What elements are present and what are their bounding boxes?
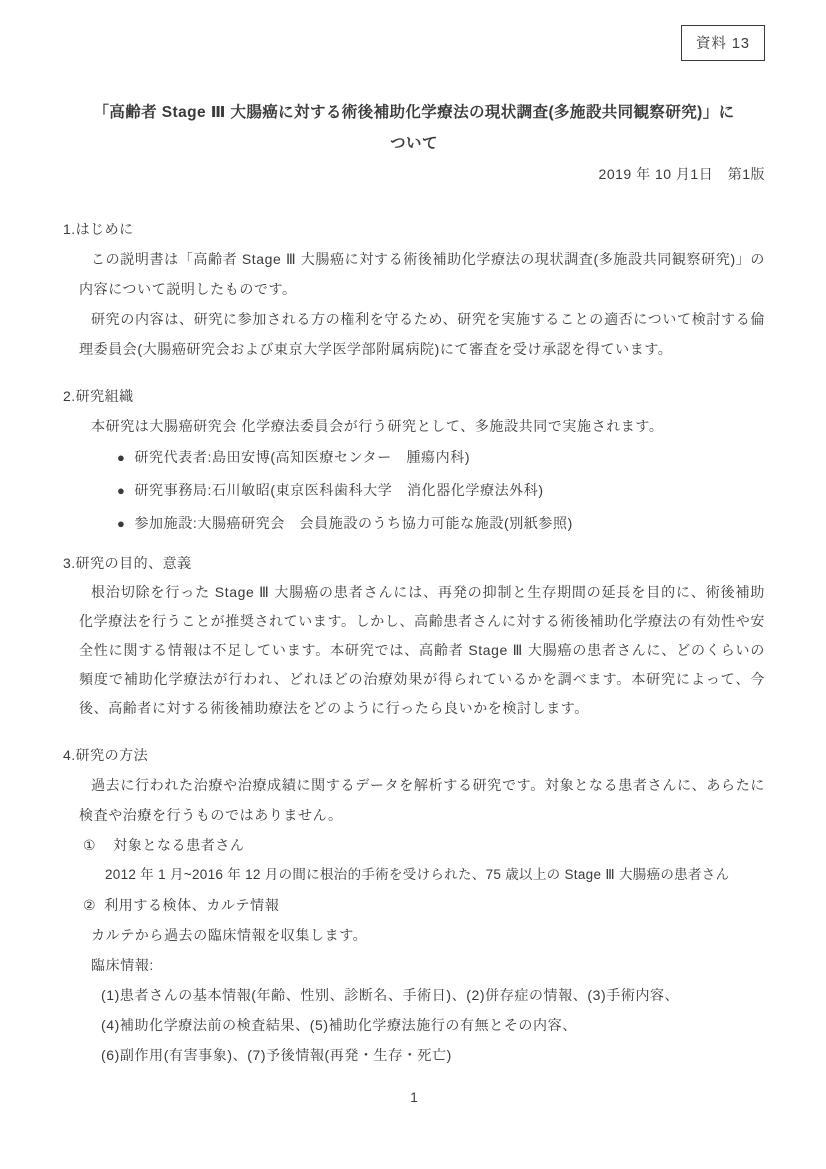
title-line-1: 「高齢者 Stage Ⅲ 大腸癌に対する術後補助化学療法の現状調査(多施設共同観…: [63, 97, 765, 128]
numbered-item-title: 利用する検体、カルテ情報: [104, 897, 279, 913]
doc-label: 資料 13: [696, 36, 750, 52]
list-item-sites: ●参加施設:大腸癌研究会 会員施設のうち協力可能な施設(別紙参照): [63, 507, 765, 540]
clinical-info-line-3: (6)副作用(有害事象)、(7)予後情報(再発・生存・死亡): [63, 1040, 765, 1070]
circled-number-1-marker: ①: [83, 837, 96, 853]
clinical-info-line-2: (4)補助化学療法前の検査結果、(5)補助化学療法施行の有無とその内容、: [63, 1010, 765, 1040]
section-2-intro: 本研究は大腸癌研究会 化学療法委員会が行う研究として、多施設共同で実施されます。: [63, 411, 765, 441]
section-organization: 2.研究組織 本研究は大腸癌研究会 化学療法委員会が行う研究として、多施設共同で…: [63, 381, 765, 540]
clinical-info-line-1: (1)患者さんの基本情報(年齢、性別、診断名、手術日)、(2)併存症の情報、(3…: [63, 980, 765, 1010]
circled-number-2-marker: ②: [83, 897, 96, 913]
list-item-label: 研究代表者:島田安博(高知医療センター 腫瘍内科): [134, 449, 470, 465]
bullet-icon: ●: [117, 450, 125, 465]
section-methods: 4.研究の方法 過去に行われた治療や治療成績に関するデータを解析する研究です。対…: [63, 740, 765, 1070]
page-number: 1: [63, 1090, 765, 1105]
section-4-heading: 4.研究の方法: [63, 740, 765, 770]
section-1-paragraph-1: この説明書は「高齢者 Stage Ⅲ 大腸癌に対する術後補助化学療法の現状調査(…: [63, 244, 765, 304]
numbered-item-data-used: ②利用する検体、カルテ情報: [63, 890, 765, 920]
list-item-label: 参加施設:大腸癌研究会 会員施設のうち協力可能な施設(別紙参照): [134, 515, 572, 531]
bullet-icon: ●: [117, 516, 125, 531]
document-content: 「高齢者 Stage Ⅲ 大腸癌に対する術後補助化学療法の現状調査(多施設共同観…: [0, 0, 826, 1105]
section-3-heading: 3.研究の目的、意義: [63, 548, 765, 578]
title-line-2: ついて: [63, 128, 765, 159]
document-page: 資料 13 「高齢者 Stage Ⅲ 大腸癌に対する術後補助化学療法の現状調査(…: [0, 0, 826, 1169]
bullet-icon: ●: [117, 483, 125, 498]
list-item-representative: ●研究代表者:島田安博(高知医療センター 腫瘍内科): [63, 441, 765, 474]
version-date: 2019 年 10 月1日 第1版: [63, 159, 765, 189]
clinical-info-label: 臨床情報:: [63, 950, 765, 980]
section-3-paragraph: 根治切除を行った Stage Ⅲ 大腸癌の患者さんには、再発の抑制と生存期間の延…: [63, 578, 765, 723]
list-item-secretariat: ●研究事務局:石川敏昭(東京医科歯科大学 消化器化学療法外科): [63, 474, 765, 507]
section-1-heading: 1.はじめに: [63, 214, 765, 244]
section-2-heading: 2.研究組織: [63, 381, 765, 411]
section-introduction: 1.はじめに この説明書は「高齢者 Stage Ⅲ 大腸癌に対する術後補助化学療…: [63, 214, 765, 364]
section-purpose: 3.研究の目的、意義 根治切除を行った Stage Ⅲ 大腸癌の患者さんには、再…: [63, 548, 765, 723]
numbered-item-title: 対象となる患者さん: [113, 837, 244, 853]
list-item-label: 研究事務局:石川敏昭(東京医科歯科大学 消化器化学療法外科): [134, 482, 543, 498]
numbered-item-subjects: ①対象となる患者さん: [63, 830, 765, 860]
section-1-paragraph-2: 研究の内容は、研究に参加される方の権利を守るため、研究を実施することの適否につい…: [63, 304, 765, 364]
subjects-criteria-text: 2012 年 1 月~2016 年 12 月の間に根治的手術を受けられた、75 …: [63, 860, 765, 890]
document-title: 「高齢者 Stage Ⅲ 大腸癌に対する術後補助化学療法の現状調査(多施設共同観…: [63, 97, 765, 159]
section-4-paragraph: 過去に行われた治療や治療成績に関するデータを解析する研究です。対象となる患者さん…: [63, 770, 765, 830]
doc-label-box: 資料 13: [681, 25, 765, 61]
data-collection-text: カルテから過去の臨床情報を収集します。: [63, 920, 765, 950]
